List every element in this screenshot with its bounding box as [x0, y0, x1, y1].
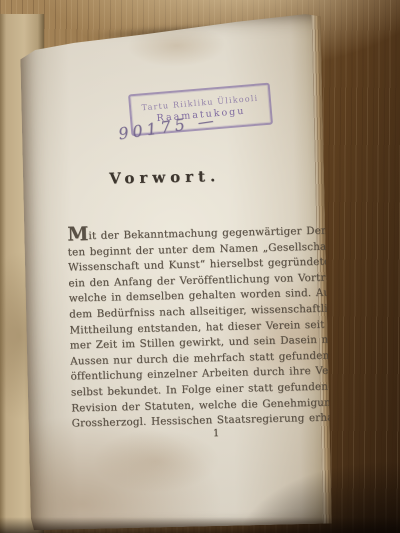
preface-paragraph: Mit der Bekanntmachung gegenwärtiger Den…: [67, 224, 313, 432]
drop-cap-initial: M: [67, 223, 89, 245]
page-number: 1: [213, 428, 220, 439]
paragraph-line-text: it der Bekanntmachung gegenwärtiger Denk…: [88, 224, 368, 242]
photo-of-book-on-table: { "stamp": { "line1": "Tartu Riikliku Ül…: [0, 0, 400, 533]
page-title: Vorwort.: [109, 167, 221, 188]
book-page: Tartu Riikliku Ülikooli Raamatukogu 9017…: [19, 12, 332, 531]
